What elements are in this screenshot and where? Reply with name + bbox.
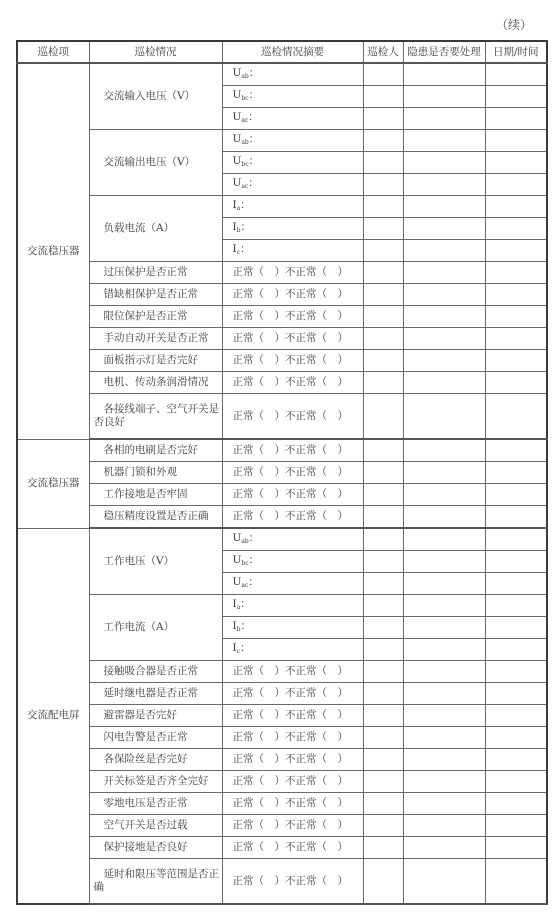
datetime-cell[interactable] <box>485 394 547 440</box>
colon: ： <box>240 642 251 654</box>
measure-field[interactable]: Uac： <box>222 573 363 595</box>
measure-field[interactable]: Uab： <box>222 63 363 86</box>
inspector-cell[interactable] <box>363 240 403 262</box>
status-choice[interactable]: 正常（ ）不正常（ ） <box>222 661 363 683</box>
check-label: 稳压精度设置是否正确 <box>89 506 222 529</box>
check-label: 接触吸合器是否正常 <box>89 661 222 683</box>
status-choice[interactable]: 正常（ ）不正常（ ） <box>222 284 363 306</box>
inspector-cell[interactable] <box>363 350 403 372</box>
header-item: 巡检项 <box>17 41 89 63</box>
colon: ： <box>248 111 259 123</box>
datetime-cell[interactable] <box>485 218 547 240</box>
hazard-cell[interactable] <box>403 196 485 218</box>
datetime-cell[interactable] <box>485 573 547 595</box>
inspector-cell[interactable] <box>363 793 403 815</box>
table-row: 工作接地是否牢固正常（ ）不正常（ ） <box>17 484 547 506</box>
status-choice[interactable]: 正常（ ）不正常（ ） <box>222 727 363 749</box>
inspector-cell[interactable] <box>363 551 403 573</box>
status-choice[interactable]: 正常（ ）不正常（ ） <box>222 394 363 440</box>
datetime-cell[interactable] <box>485 837 547 859</box>
inspector-cell[interactable] <box>363 617 403 639</box>
continued-label: （续） <box>496 16 532 33</box>
measure-field[interactable]: Uac： <box>222 108 363 130</box>
hazard-cell[interactable] <box>403 506 485 529</box>
check-label: 避雷器是否完好 <box>89 705 222 727</box>
table-row: 零地电压是否正常正常（ ）不正常（ ） <box>17 793 547 815</box>
colon: ： <box>249 554 260 566</box>
datetime-cell[interactable] <box>485 727 547 749</box>
measure-field[interactable]: Uab： <box>222 528 363 551</box>
check-label: 开关标签是否齐全完好 <box>89 771 222 793</box>
header-datetime: 日期/时间 <box>485 41 547 63</box>
measure-field[interactable]: Ib： <box>222 218 363 240</box>
datetime-cell[interactable] <box>485 108 547 130</box>
status-choice[interactable]: 正常（ ）不正常（ ） <box>222 793 363 815</box>
hazard-cell[interactable] <box>403 306 485 328</box>
hazard-cell[interactable] <box>403 130 485 152</box>
hazard-cell[interactable] <box>403 683 485 705</box>
colon: ： <box>248 177 259 189</box>
hazard-cell[interactable] <box>403 240 485 262</box>
header-row: 巡检项 巡检情况 巡检情况摘要 巡检人 隐患是否要处理 日期/时间 <box>17 41 547 63</box>
hazard-cell[interactable] <box>403 108 485 130</box>
status-choice[interactable]: 正常（ ）不正常（ ） <box>222 837 363 859</box>
table-row: 手动自动开关是否正常正常（ ）不正常（ ） <box>17 328 547 350</box>
check-label: 错缺相保护是否正常 <box>89 284 222 306</box>
inspector-cell[interactable] <box>363 174 403 196</box>
inspection-item: 交流配电屏 <box>17 528 89 904</box>
inspector-cell[interactable] <box>363 196 403 218</box>
datetime-cell[interactable] <box>485 462 547 484</box>
inspector-cell[interactable] <box>363 683 403 705</box>
hazard-cell[interactable] <box>403 394 485 440</box>
table-row: 接触吸合器是否正常正常（ ）不正常（ ） <box>17 661 547 683</box>
header-summary: 巡检情况摘要 <box>222 41 363 63</box>
table-row: 过压保护是否正常正常（ ）不正常（ ） <box>17 262 547 284</box>
colon: ： <box>240 243 251 255</box>
inspector-cell[interactable] <box>363 63 403 86</box>
datetime-cell[interactable] <box>485 350 547 372</box>
table-row: 开关标签是否齐全完好正常（ ）不正常（ ） <box>17 771 547 793</box>
hazard-cell[interactable] <box>403 837 485 859</box>
subscript: ab <box>241 139 248 146</box>
status-choice[interactable]: 正常（ ）不正常（ ） <box>222 350 363 372</box>
check-label: 工作接地是否牢固 <box>89 484 222 506</box>
check-label: 限位保护是否正常 <box>89 306 222 328</box>
colon: ： <box>248 576 259 588</box>
inspector-cell[interactable] <box>363 108 403 130</box>
hazard-cell[interactable] <box>403 284 485 306</box>
status-choice[interactable]: 正常（ ）不正常（ ） <box>222 815 363 837</box>
status-choice[interactable]: 正常（ ）不正常（ ） <box>222 749 363 771</box>
hazard-cell[interactable] <box>403 439 485 462</box>
inspector-cell[interactable] <box>363 837 403 859</box>
hazard-cell[interactable] <box>403 63 485 86</box>
check-label: 手动自动开关是否正常 <box>89 328 222 350</box>
datetime-cell[interactable] <box>485 306 547 328</box>
inspection-table: 巡检项 巡检情况 巡检情况摘要 巡检人 隐患是否要处理 日期/时间 交流稳压器交… <box>16 40 548 905</box>
check-label: 零地电压是否正常 <box>89 793 222 815</box>
hazard-cell[interactable] <box>403 639 485 661</box>
inspector-cell[interactable] <box>363 595 403 617</box>
datetime-cell[interactable] <box>485 86 547 108</box>
datetime-cell[interactable] <box>485 262 547 284</box>
colon: ： <box>241 620 252 632</box>
table-row: 机器门锁和外观正常（ ）不正常（ ） <box>17 462 547 484</box>
hazard-cell[interactable] <box>403 793 485 815</box>
hazard-cell[interactable] <box>403 705 485 727</box>
inspector-cell[interactable] <box>363 639 403 661</box>
datetime-cell[interactable] <box>485 372 547 394</box>
table-row: 避雷器是否完好正常（ ）不正常（ ） <box>17 705 547 727</box>
status-choice[interactable]: 正常（ ）不正常（ ） <box>222 771 363 793</box>
subscript: ab <box>241 538 248 545</box>
datetime-cell[interactable] <box>485 152 547 174</box>
table-row: 空气开关是否过载正常（ ）不正常（ ） <box>17 815 547 837</box>
hazard-cell[interactable] <box>403 661 485 683</box>
table-row: 电机、传动条润滑情况正常（ ）不正常（ ） <box>17 372 547 394</box>
table-row: 各保险丝是否完好正常（ ）不正常（ ） <box>17 749 547 771</box>
measure-field[interactable]: Uab： <box>222 130 363 152</box>
hazard-cell[interactable] <box>403 617 485 639</box>
measure-field[interactable]: Ubc： <box>222 86 363 108</box>
inspector-cell[interactable] <box>363 306 403 328</box>
header-inspector: 巡检人 <box>363 41 403 63</box>
header-condition: 巡检情况 <box>89 41 222 63</box>
table-row: 保护接地是否良好正常（ ）不正常（ ） <box>17 837 547 859</box>
status-choice[interactable]: 正常（ ）不正常（ ） <box>222 859 363 905</box>
inspector-cell[interactable] <box>363 328 403 350</box>
hazard-cell[interactable] <box>403 218 485 240</box>
inspector-cell[interactable] <box>363 859 403 905</box>
measure-label: 工作电压（V） <box>89 528 222 595</box>
datetime-cell[interactable] <box>485 771 547 793</box>
status-choice[interactable]: 正常（ ）不正常（ ） <box>222 439 363 462</box>
hazard-cell[interactable] <box>403 152 485 174</box>
table-row: 面板指示灯是否完好正常（ ）不正常（ ） <box>17 350 547 372</box>
colon: ： <box>241 221 252 233</box>
inspector-cell[interactable] <box>363 439 403 462</box>
hazard-cell[interactable] <box>403 749 485 771</box>
status-choice[interactable]: 正常（ ）不正常（ ） <box>222 328 363 350</box>
status-choice[interactable]: 正常（ ）不正常（ ） <box>222 462 363 484</box>
table-row: 延时和限压等范围是否正确正常（ ）不正常（ ） <box>17 859 547 905</box>
table-row: 交流稳压器各相的电刷是否完好正常（ ）不正常（ ） <box>17 439 547 462</box>
table-row: 交流稳压器交流输入电压（V）Uab： <box>17 63 547 86</box>
datetime-cell[interactable] <box>485 793 547 815</box>
hazard-cell[interactable] <box>403 727 485 749</box>
subscript: bc <box>241 560 248 567</box>
datetime-cell[interactable] <box>485 284 547 306</box>
inspector-cell[interactable] <box>363 372 403 394</box>
inspection-item: 交流稳压器 <box>17 439 89 528</box>
hazard-cell[interactable] <box>403 815 485 837</box>
hazard-cell[interactable] <box>403 595 485 617</box>
table-row: 闪电告警是否正常正常（ ）不正常（ ） <box>17 727 547 749</box>
datetime-cell[interactable] <box>485 63 547 86</box>
table-row: 稳压精度设置是否正确正常（ ）不正常（ ） <box>17 506 547 529</box>
datetime-cell[interactable] <box>485 749 547 771</box>
colon: ： <box>240 598 251 610</box>
datetime-cell[interactable] <box>485 815 547 837</box>
datetime-cell[interactable] <box>485 705 547 727</box>
measure-label: 工作电流（A） <box>89 595 222 661</box>
hazard-cell[interactable] <box>403 86 485 108</box>
measure-field[interactable]: Ubc： <box>222 551 363 573</box>
check-label: 面板指示灯是否完好 <box>89 350 222 372</box>
colon: ： <box>249 532 260 544</box>
hazard-cell[interactable] <box>403 859 485 905</box>
colon: ： <box>240 199 251 211</box>
datetime-cell[interactable] <box>485 439 547 462</box>
hazard-cell[interactable] <box>403 551 485 573</box>
measure-label: 负载电流（A） <box>89 196 222 262</box>
datetime-cell[interactable] <box>485 551 547 573</box>
check-label: 空气开关是否过载 <box>89 815 222 837</box>
measure-label: 交流输出电压（V） <box>89 130 222 196</box>
datetime-cell[interactable] <box>485 484 547 506</box>
hazard-cell[interactable] <box>403 484 485 506</box>
datetime-cell[interactable] <box>485 130 547 152</box>
colon: ： <box>249 155 260 167</box>
hazard-cell[interactable] <box>403 462 485 484</box>
header-hazard: 隐患是否要处理 <box>403 41 485 63</box>
measure-field[interactable]: Ubc： <box>222 152 363 174</box>
check-label: 延时和限压等范围是否正确 <box>89 859 222 905</box>
status-choice[interactable]: 正常（ ）不正常（ ） <box>222 262 363 284</box>
status-choice[interactable]: 正常（ ）不正常（ ） <box>222 683 363 705</box>
inspector-cell[interactable] <box>363 705 403 727</box>
inspector-cell[interactable] <box>363 749 403 771</box>
hazard-cell[interactable] <box>403 573 485 595</box>
inspector-cell[interactable] <box>363 130 403 152</box>
status-choice[interactable]: 正常（ ）不正常（ ） <box>222 705 363 727</box>
check-label: 闪电告警是否正常 <box>89 727 222 749</box>
hazard-cell[interactable] <box>403 372 485 394</box>
check-label: 电机、传动条润滑情况 <box>89 372 222 394</box>
status-choice[interactable]: 正常（ ）不正常（ ） <box>222 306 363 328</box>
inspector-cell[interactable] <box>363 506 403 529</box>
inspector-cell[interactable] <box>363 86 403 108</box>
inspector-cell[interactable] <box>363 771 403 793</box>
status-choice[interactable]: 正常（ ）不正常（ ） <box>222 484 363 506</box>
inspector-cell[interactable] <box>363 152 403 174</box>
inspector-cell[interactable] <box>363 528 403 551</box>
datetime-cell[interactable] <box>485 174 547 196</box>
datetime-cell[interactable] <box>485 595 547 617</box>
datetime-cell[interactable] <box>485 240 547 262</box>
table-row: 工作电流（A）Ia： <box>17 595 547 617</box>
check-label: 各接线端子、空气开关是否良好 <box>89 394 222 440</box>
datetime-cell[interactable] <box>485 528 547 551</box>
check-label: 延时继电器是否正常 <box>89 683 222 705</box>
inspector-cell[interactable] <box>363 394 403 440</box>
hazard-cell[interactable] <box>403 328 485 350</box>
table-row: 错缺相保护是否正常正常（ ）不正常（ ） <box>17 284 547 306</box>
inspector-cell[interactable] <box>363 218 403 240</box>
check-label: 过压保护是否正常 <box>89 262 222 284</box>
check-label: 各保险丝是否完好 <box>89 749 222 771</box>
hazard-cell[interactable] <box>403 528 485 551</box>
inspector-cell[interactable] <box>363 727 403 749</box>
measure-field[interactable]: Ia： <box>222 595 363 617</box>
inspector-cell[interactable] <box>363 661 403 683</box>
status-choice[interactable]: 正常（ ）不正常（ ） <box>222 506 363 529</box>
inspector-cell[interactable] <box>363 484 403 506</box>
colon: ： <box>249 67 260 79</box>
datetime-cell[interactable] <box>485 683 547 705</box>
measure-field[interactable]: Uac： <box>222 174 363 196</box>
datetime-cell[interactable] <box>485 328 547 350</box>
subscript: ab <box>241 73 248 80</box>
datetime-cell[interactable] <box>485 639 547 661</box>
datetime-cell[interactable] <box>485 196 547 218</box>
subscript: bc <box>241 95 248 102</box>
table-row: 延时继电器是否正常正常（ ）不正常（ ） <box>17 683 547 705</box>
measure-field[interactable]: Ic： <box>222 639 363 661</box>
datetime-cell[interactable] <box>485 617 547 639</box>
inspector-cell[interactable] <box>363 262 403 284</box>
check-label: 保护接地是否良好 <box>89 837 222 859</box>
table-row: 负载电流（A）Ia： <box>17 196 547 218</box>
colon: ： <box>249 133 260 145</box>
measure-label: 交流输入电压（V） <box>89 63 222 130</box>
table-row: 交流输出电压（V）Uab： <box>17 130 547 152</box>
inspector-cell[interactable] <box>363 462 403 484</box>
check-label: 各相的电刷是否完好 <box>89 439 222 462</box>
colon: ： <box>249 89 260 101</box>
measure-field[interactable]: Ib： <box>222 617 363 639</box>
subscript: bc <box>241 161 248 168</box>
table-row: 各接线端子、空气开关是否良好正常（ ）不正常（ ） <box>17 394 547 440</box>
inspector-cell[interactable] <box>363 573 403 595</box>
hazard-cell[interactable] <box>403 174 485 196</box>
inspector-cell[interactable] <box>363 815 403 837</box>
inspection-item: 交流稳压器 <box>17 63 89 439</box>
measure-field[interactable]: Ic： <box>222 240 363 262</box>
inspector-cell[interactable] <box>363 284 403 306</box>
datetime-cell[interactable] <box>485 859 547 905</box>
check-label: 机器门锁和外观 <box>89 462 222 484</box>
status-choice[interactable]: 正常（ ）不正常（ ） <box>222 372 363 394</box>
table-row: 限位保护是否正常正常（ ）不正常（ ） <box>17 306 547 328</box>
datetime-cell[interactable] <box>485 506 547 529</box>
hazard-cell[interactable] <box>403 262 485 284</box>
measure-field[interactable]: Ia： <box>222 196 363 218</box>
table-row: 交流配电屏工作电压（V）Uab： <box>17 528 547 551</box>
hazard-cell[interactable] <box>403 350 485 372</box>
hazard-cell[interactable] <box>403 771 485 793</box>
datetime-cell[interactable] <box>485 661 547 683</box>
